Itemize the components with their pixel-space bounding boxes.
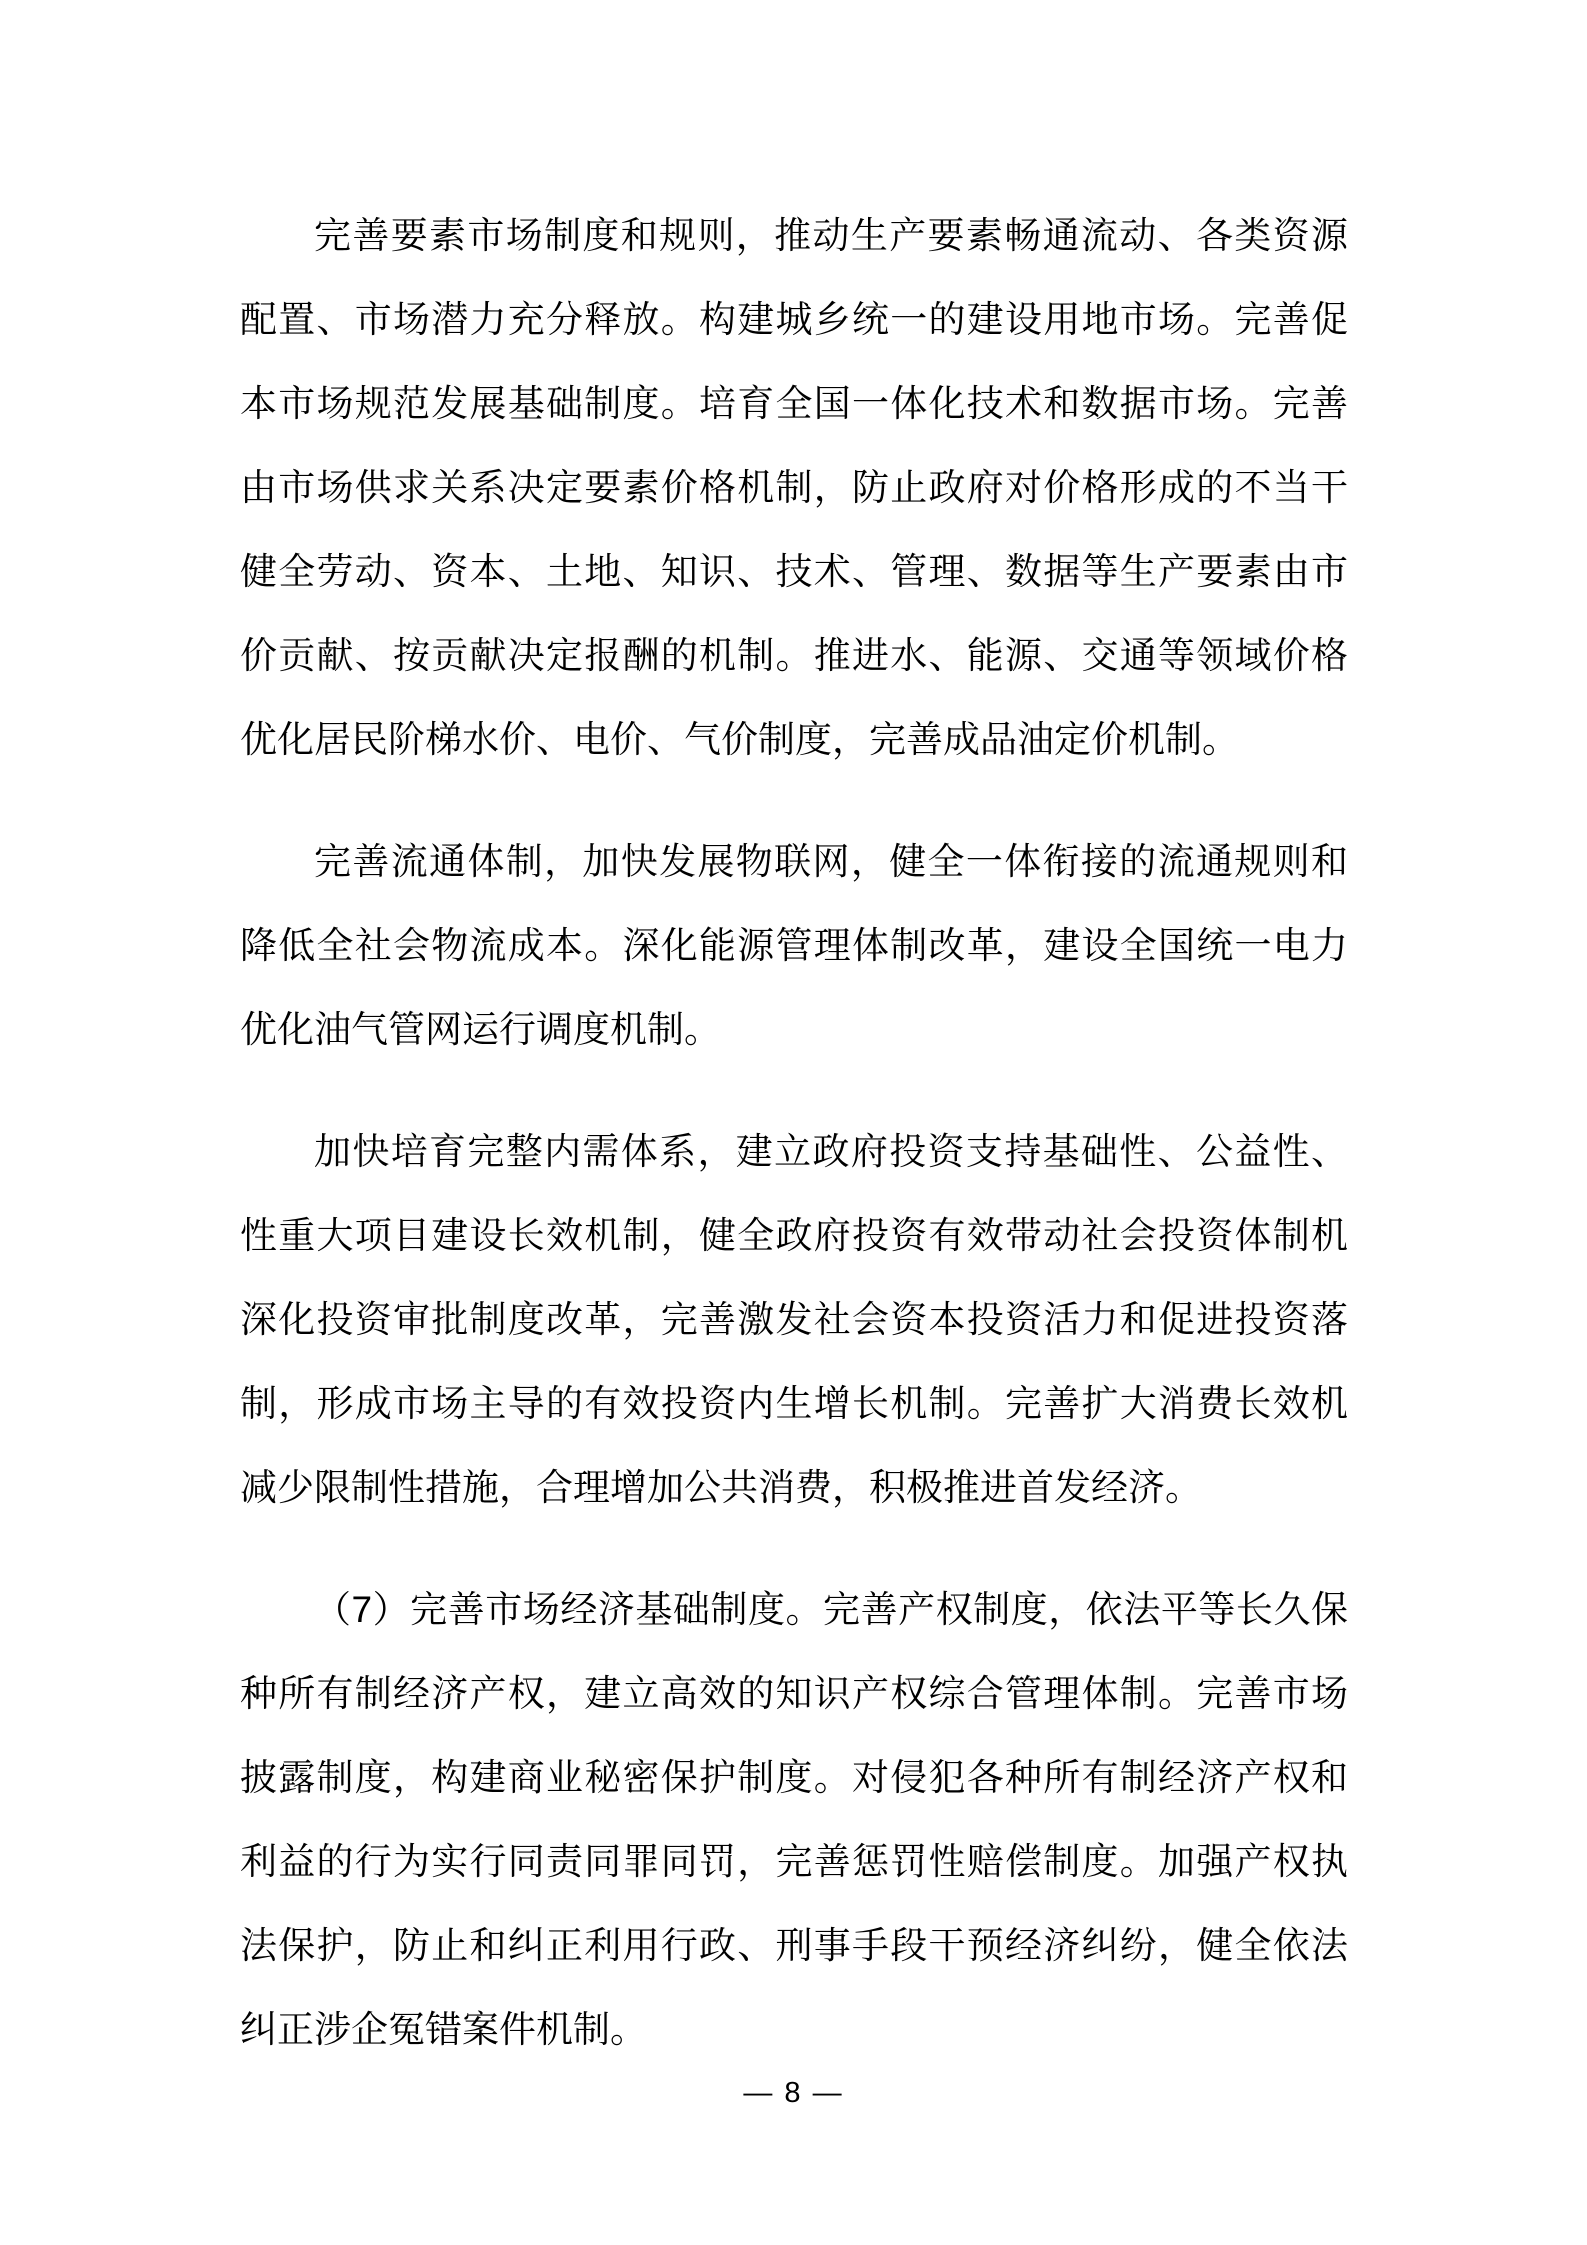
text-line: 由市场供求关系决定要素价格机制，防止政府对价格形成的不当干预。 (240, 446, 1348, 530)
text-line: 披露制度，构建商业秘密保护制度。对侵犯各种所有制经济产权和合法 (240, 1736, 1348, 1820)
page-number: — 8 — (0, 2072, 1587, 2114)
text-line: 性重大项目建设长效机制，健全政府投资有效带动社会投资体制机制， (240, 1194, 1348, 1278)
text-line: （7）完善市场经济基础制度。完善产权制度，依法平等长久保护各 (240, 1568, 1348, 1652)
paragraph: 完善流通体制，加快发展物联网，健全一体衔接的流通规则和标准，降低全社会物流成本。… (240, 820, 1348, 1072)
text-line: 制，形成市场主导的有效投资内生增长机制。完善扩大消费长效机制， (240, 1362, 1348, 1446)
text-line: 利益的行为实行同责同罪同罚，完善惩罚性赔偿制度。加强产权执法司 (240, 1820, 1348, 1904)
text-line: 纠正涉企冤错案件机制。 (240, 1988, 1348, 2072)
paragraph: 加快培育完整内需体系，建立政府投资支持基础性、公益性、长远性重大项目建设长效机制… (240, 1110, 1348, 1530)
text-line: 优化油气管网运行调度机制。 (240, 988, 1348, 1072)
text-line: 配置、市场潜力充分释放。构建城乡统一的建设用地市场。完善促进资 (240, 278, 1348, 362)
paragraph: 完善要素市场制度和规则，推动生产要素畅通流动、各类资源高效配置、市场潜力充分释放… (240, 194, 1348, 782)
text-line: 优化居民阶梯水价、电价、气价制度，完善成品油定价机制。 (240, 698, 1348, 782)
paragraph: （7）完善市场经济基础制度。完善产权制度，依法平等长久保护各种所有制经济产权，建… (240, 1568, 1348, 2072)
text-line: 价贡献、按贡献决定报酬的机制。推进水、能源、交通等领域价格改革， (240, 614, 1348, 698)
text-line: 健全劳动、资本、土地、知识、技术、管理、数据等生产要素由市场评 (240, 530, 1348, 614)
text-line: 减少限制性措施，合理增加公共消费，积极推进首发经济。 (240, 1446, 1348, 1530)
text-line: 完善要素市场制度和规则，推动生产要素畅通流动、各类资源高效 (240, 194, 1348, 278)
document-body: 完善要素市场制度和规则，推动生产要素畅通流动、各类资源高效配置、市场潜力充分释放… (240, 194, 1348, 2110)
text-line: 降低全社会物流成本。深化能源管理体制改革，建设全国统一电力市场， (240, 904, 1348, 988)
text-line: 加快培育完整内需体系，建立政府投资支持基础性、公益性、长远 (240, 1110, 1348, 1194)
text-line: 法保护，防止和纠正利用行政、刑事手段干预经济纠纷，健全依法甄别 (240, 1904, 1348, 1988)
text-line: 本市场规范发展基础制度。培育全国一体化技术和数据市场。完善主要 (240, 362, 1348, 446)
document-page: 完善要素市场制度和规则，推动生产要素畅通流动、各类资源高效配置、市场潜力充分释放… (0, 0, 1587, 2245)
text-line: 种所有制经济产权，建立高效的知识产权综合管理体制。完善市场信息 (240, 1652, 1348, 1736)
text-line: 完善流通体制，加快发展物联网，健全一体衔接的流通规则和标准， (240, 820, 1348, 904)
text-line: 深化投资审批制度改革，完善激发社会资本投资活力和促进投资落地机 (240, 1278, 1348, 1362)
